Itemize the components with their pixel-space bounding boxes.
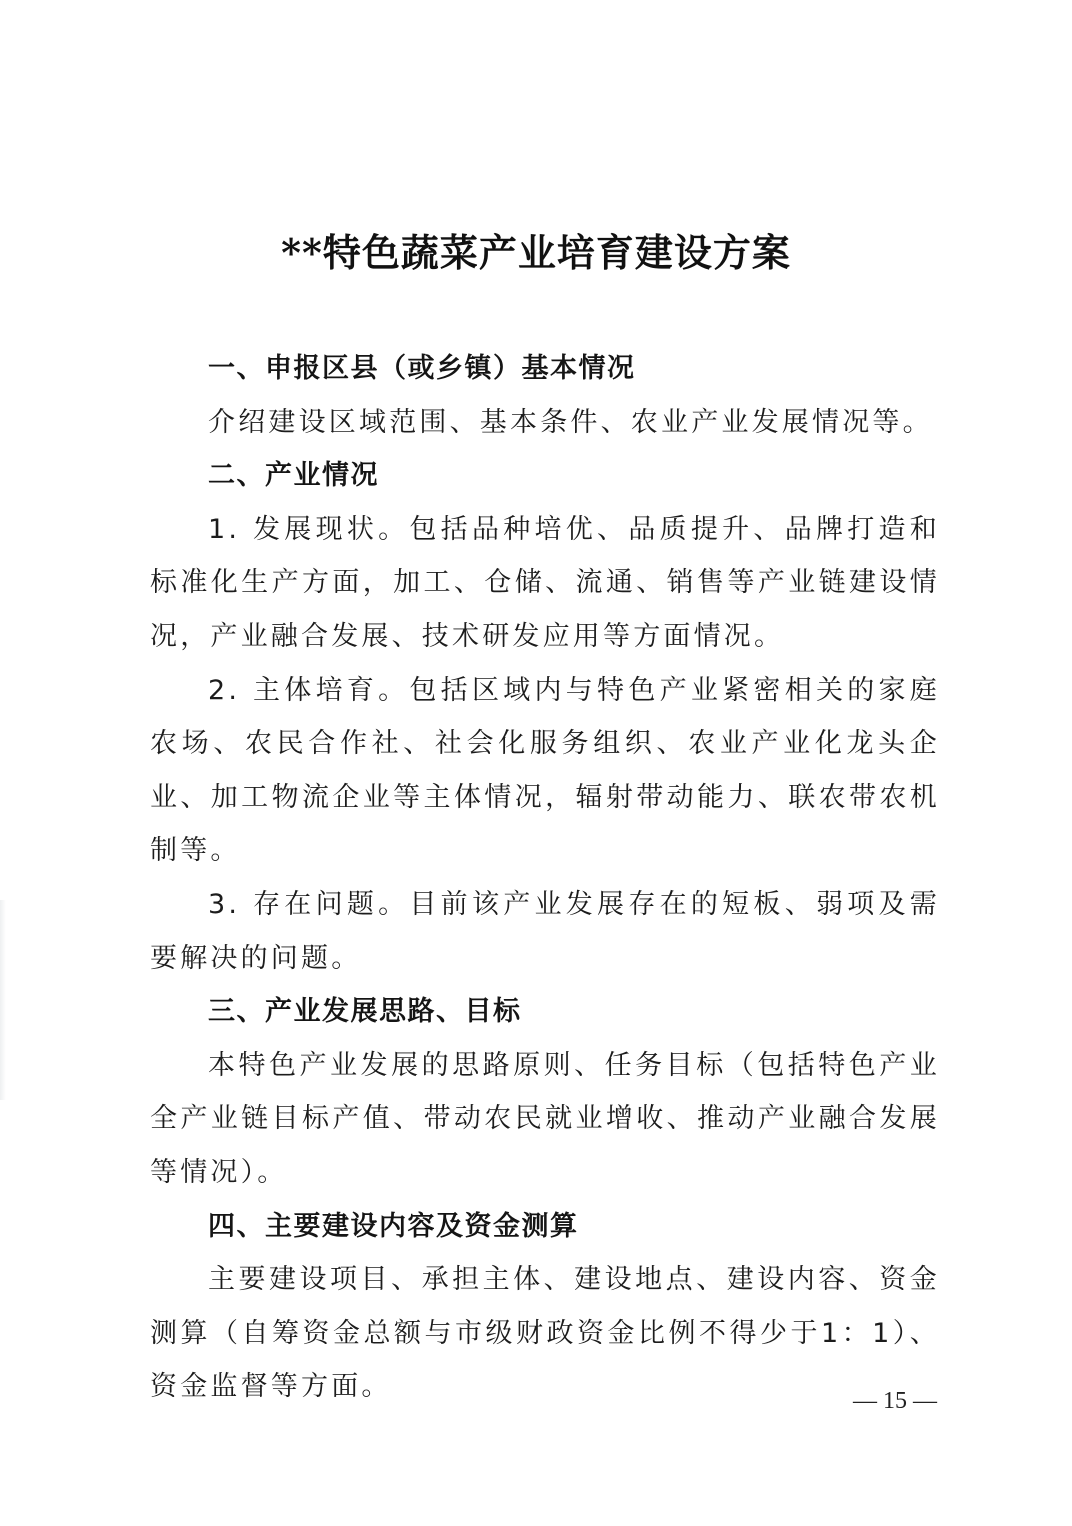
section-heading-3: 三、产业发展思路、目标 <box>150 985 940 1039</box>
scan-edge-shadow <box>0 900 6 1100</box>
section-heading-4: 四、主要建设内容及资金测算 <box>150 1200 940 1254</box>
section-3-paragraph-1: 本特色产业发展的思路原则、任务目标（包括特色产业全产业链目标产值、带动农民就业增… <box>150 1039 940 1200</box>
section-1-paragraph-1: 介绍建设区域范围、基本条件、农业产业发展情况等。 <box>150 396 940 450</box>
document-title: **特色蔬菜产业培育建设方案 <box>0 222 1072 277</box>
section-heading-1: 一、申报区县（或乡镇）基本情况 <box>150 342 940 396</box>
section-2-paragraph-3: 3. 存在问题。目前该产业发展存在的短板、弱项及需要解决的问题。 <box>150 878 940 985</box>
section-2-paragraph-1: 1. 发展现状。包括品种培优、品质提升、品牌打造和标准化生产方面，加工、仓储、流… <box>150 503 940 664</box>
document-body: 一、申报区县（或乡镇）基本情况 介绍建设区域范围、基本条件、农业产业发展情况等。… <box>150 342 940 1414</box>
section-heading-2: 二、产业情况 <box>150 449 940 503</box>
page-number: — 15 — <box>840 1388 950 1415</box>
document-page: **特色蔬菜产业培育建设方案 一、申报区县（或乡镇）基本情况 介绍建设区域范围、… <box>0 0 1072 1526</box>
section-2-paragraph-2: 2. 主体培育。包括区域内与特色产业紧密相关的家庭农场、农民合作社、社会化服务组… <box>150 664 940 878</box>
section-4-paragraph-1: 主要建设项目、承担主体、建设地点、建设内容、资金测算（自筹资金总额与市级财政资金… <box>150 1253 940 1414</box>
